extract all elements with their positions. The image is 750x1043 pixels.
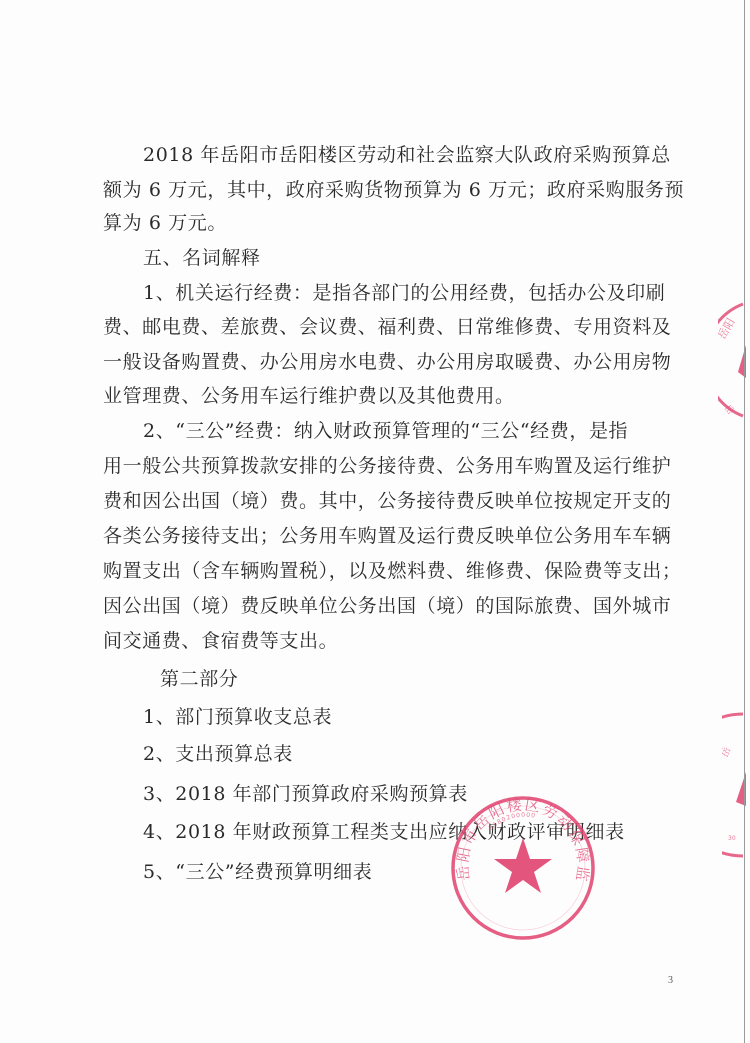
paragraph-line: 各类公务接待支出；公务用车购置及运行费反映单位公务用车车辆 <box>103 524 671 548</box>
list-item: 3、2018 年部门预算政府采购预算表 <box>143 782 468 806</box>
star-icon <box>494 838 552 893</box>
paragraph-line: 额为 6 万元，其中，政府采购货物预算为 6 万元；政府采购服务预 <box>103 178 684 202</box>
paragraph-line: 费、邮电费、差旅费、会议费、福利费、日常维修费、专用资料及 <box>103 315 671 339</box>
page-number: 3 <box>668 975 673 986</box>
svg-text:岳: 岳 <box>722 745 733 759</box>
scan-edge-line <box>744 0 745 1043</box>
paragraph-line: 业管理费、公务用车运行维护费以及其他费用。 <box>103 384 515 408</box>
section-heading: 五、名词解释 <box>143 246 261 270</box>
paragraph-line: 费和因公出国（境）费。其中，公务接待费反映单位按规定开支的 <box>103 489 671 513</box>
paragraph-line: 因公出国（境）费反映单位公务出国（境）的国际旅费、国外城市 <box>103 594 671 618</box>
paragraph-line: 购置支出（含车辆购置税），以及燃料费、维修费、保险费等支出； <box>103 559 682 583</box>
paragraph-line: 一般设备购置费、办公用房水电费、办公用房取暖费、办公用房物 <box>103 350 671 374</box>
list-item: 2、支出预算总表 <box>143 742 293 766</box>
paragraph-line: 用一般公共预算拨款安排的公务接待费、公务用车购置及运行维护 <box>103 454 671 478</box>
paragraph-line: 算为 6 万元。 <box>103 211 227 235</box>
part-heading: 第二部分 <box>160 667 238 691</box>
paragraph-line: 间交通费、食宿费等支出。 <box>103 629 338 653</box>
paragraph-line: 2018 年岳阳市岳阳楼区劳动和社会监察大队政府采购预算总 <box>143 143 671 167</box>
partial-seal-lower: 岳 30 <box>722 710 746 860</box>
list-item: 4、2018 年财政预算工程类支出应纳入财政评审明细表 <box>143 820 625 844</box>
paragraph-line: 2、“三公”经费：纳入财政预算管理的“三公“经费，是指 <box>143 419 628 443</box>
svg-text:30: 30 <box>728 835 736 842</box>
official-seal: 岳阳市岳阳楼区劳动保障监察大队 9180200000 <box>448 793 598 943</box>
svg-text:岳: 岳 <box>722 402 737 417</box>
svg-text:岳阳: 岳阳 <box>718 315 738 341</box>
list-item: 5、“三公”经费预算明细表 <box>143 860 372 884</box>
paragraph-line: 1、机关运行经费：是指各部门的公用经费，包括办公及印刷 <box>143 281 665 305</box>
list-item: 1、部门预算收支总表 <box>143 705 332 729</box>
document-page: 2018 年岳阳市岳阳楼区劳动和社会监察大队政府采购预算总 额为 6 万元，其中… <box>0 0 750 1043</box>
